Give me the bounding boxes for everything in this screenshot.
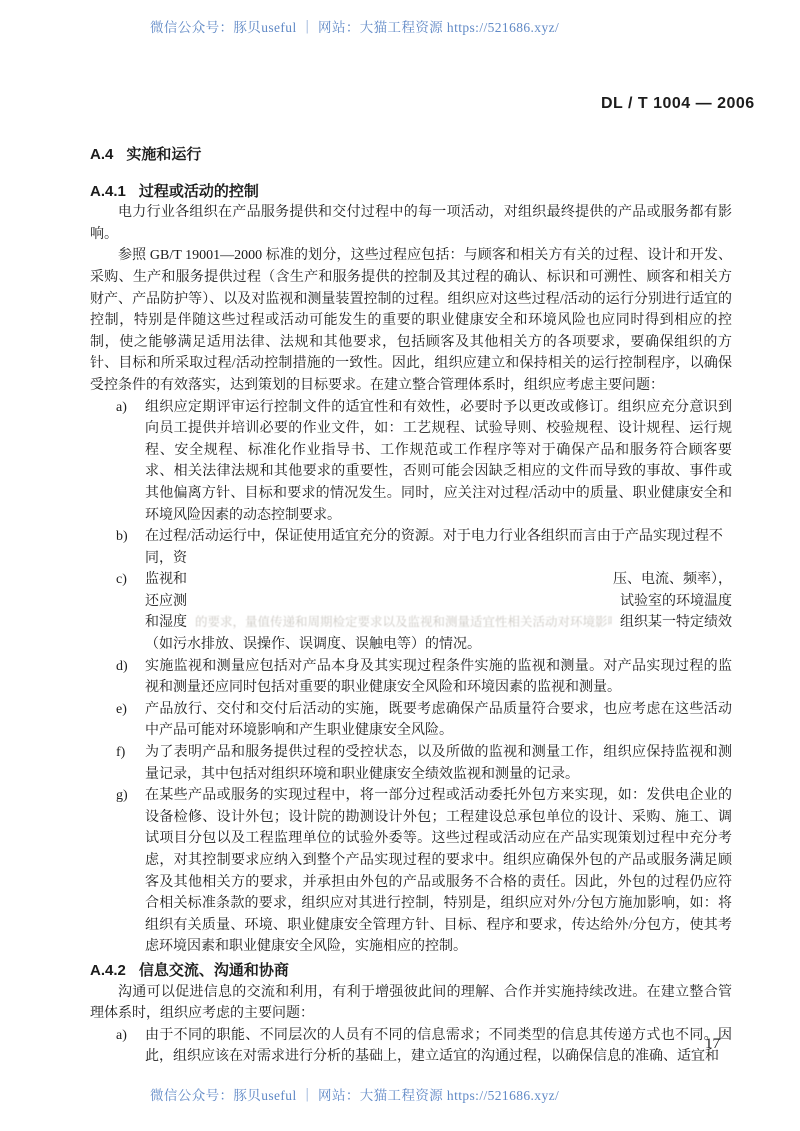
section-number-a42: A.4.2 [90, 962, 126, 979]
section-title-a42: 信息交流、沟通和协商 [139, 962, 289, 979]
page-number: 17 [705, 1036, 720, 1053]
list-text-a42-a: 由于不同的职能、不同层次的人员有不同的信息需求；不同类型的信息其传递方式也不同。… [145, 1028, 732, 1065]
list-item-g: g) 在某些产品或服务的实现过程中，将一部分过程或活动委托外包方来实现，如：发供… [90, 785, 732, 958]
paragraph-a41-intro2: 参照 GB/T 19001—2000 标准的划分，这些过程应包括：与顾客和相关方… [90, 245, 732, 396]
list-item-e: e) 产品放行、交付和交付后活动的实施，既要考虑确保产品质量符合要求，也应考虑在… [90, 699, 732, 742]
list-marker-a42-a: a) [116, 1025, 127, 1047]
section-number-a41: A.4.1 [90, 183, 126, 200]
list-c-line1-left: 监视和 [145, 569, 187, 591]
list-item-a42-a: a) 由于不同的职能、不同层次的人员有不同的信息需求；不同类型的信息其传递方式也… [90, 1025, 732, 1068]
list-c-line3-right: 组织某一特定绩效 [620, 612, 732, 634]
page-content: A.4实施和运行 A.4.1过程或活动的控制 电力行业各组织在产品服务提供和交付… [90, 144, 732, 1068]
list-text-a: 组织应定期评审运行控制文件的适宜性和有效性，必要时予以更改或修订。组织应充分意识… [145, 400, 732, 523]
watermark-header: 微信公众号：豚贝useful ｜ 网站：大猫工程资源 https://52168… [150, 16, 610, 36]
list-item-d: d) 实施监视和测量应包括对产品本身及其实现过程条件实施的监视和测量。对产品实现… [90, 656, 732, 699]
list-c-line3-left: 和湿度 [145, 612, 187, 634]
list-text-f: 为了表明产品和服务提供过程的受控状态，以及所做的监视和测量工作，组织应保持监视和… [145, 745, 732, 782]
section-number-a4: A.4 [90, 146, 113, 163]
list-c-line4: （如污水排放、误操作、误调度、误触电等）的情况。 [145, 634, 732, 656]
section-heading-a42: A.4.2信息交流、沟通和协商 [90, 960, 732, 982]
list-marker-b: b) [116, 526, 128, 548]
list-marker-e: e) [116, 699, 127, 721]
list-b-line2-obscured: 同，资 [145, 548, 732, 570]
list-c-line1-right: 压、电流、频率）， [613, 569, 732, 591]
section-title-a4: 实施和运行 [126, 146, 201, 163]
list-item-c-obscured: c) 监视和 压、电流、频率）， 还应测 试验室的环境温度 和湿度 的要求，量值… [90, 569, 732, 655]
list-c-line2: 还应测 试验室的环境温度 [145, 591, 732, 613]
list-marker-f: f) [116, 742, 125, 764]
list-text-e: 产品放行、交付和交付后活动的实施，既要考虑确保产品质量符合要求，也应考虑在这些活… [145, 702, 732, 739]
list-item-a: a) 组织应定期评审运行控制文件的适宜性和有效性，必要时予以更改或修订。组织应充… [90, 397, 732, 527]
list-c-line1: 监视和 压、电流、频率）， [145, 569, 732, 591]
section-title-a41: 过程或活动的控制 [139, 183, 259, 200]
doc-code: DL / T 1004 — 2006 [601, 95, 732, 113]
list-marker-c: c) [116, 569, 127, 591]
list-marker-a: a) [116, 397, 127, 419]
list-c-line3: 和湿度 的要求，量值传递和周期检定要求以及监视和测量适宜性相关活动对环境影响 组… [145, 612, 732, 634]
list-b-line1: 在过程/活动运行中，保证使用适宜充分的资源。对于电力行业各组织而言由于产品实现过… [145, 526, 732, 548]
list-marker-d: d) [116, 656, 128, 678]
list-marker-g: g) [116, 785, 128, 807]
list-c-line2-left: 还应测 [145, 591, 187, 613]
paragraph-a42-intro: 沟通可以促进信息的交流和利用，有利于增强彼此间的理解、合作并实施持续改进。在建立… [90, 982, 732, 1025]
list-item-b: b) 在过程/活动运行中，保证使用适宜充分的资源。对于电力行业各组织而言由于产品… [90, 526, 732, 569]
section-heading-a41: A.4.1过程或活动的控制 [90, 181, 732, 203]
watermark-footer: 微信公众号：豚贝useful ｜ 网站：大猫工程资源 https://52168… [150, 1084, 610, 1104]
paragraph-a41-intro1: 电力行业各组织在产品服务提供和交付过程中的每一项活动，对组织最终提供的产品或服务… [90, 202, 732, 245]
list-text-g: 在某些产品或服务的实现过程中，将一部分过程或活动委托外包方来实现，如：发供电企业… [145, 788, 732, 954]
document-page: 微信公众号：豚贝useful ｜ 网站：大猫工程资源 https://52168… [0, 0, 800, 1131]
list-text-d: 实施监视和测量应包括对产品本身及其实现过程条件实施的监视和测量。对产品实现过程的… [145, 659, 732, 696]
list-c-line3-faint-text: 的要求，量值传递和周期检定要求以及监视和测量适宜性相关活动对环境影响 [195, 612, 612, 634]
list-item-f: f) 为了表明产品和服务提供过程的受控状态，以及所做的监视和测量工作，组织应保持… [90, 742, 732, 785]
list-c-line2-right: 试验室的环境温度 [620, 591, 732, 613]
section-heading-a4: A.4实施和运行 [90, 144, 732, 166]
